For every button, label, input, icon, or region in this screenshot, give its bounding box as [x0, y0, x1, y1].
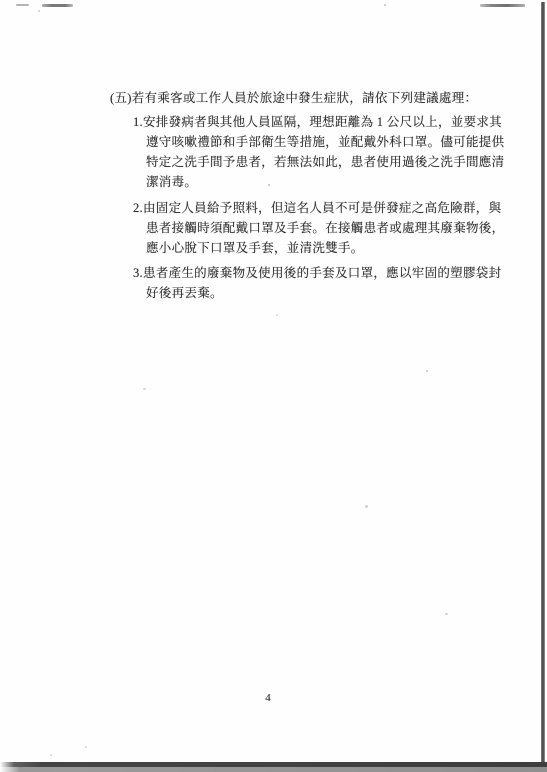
section-heading: (五)若有乘客或工作人員於旅途中發生症狀，請依下列建議處理： — [110, 88, 477, 108]
text-line: 好後再丟棄。 — [146, 283, 501, 303]
scan-speck — [384, 4, 386, 6]
page-edge-shadow-right — [541, 2, 545, 766]
numbered-item-1: 1.安排發病者與其他人員區隔，理想距離為 1 公尺以上，並要求其 遵守咳嗽禮節和… — [133, 112, 504, 192]
scan-speck — [38, 10, 40, 12]
scan-speck — [445, 613, 448, 615]
numbered-item-3: 3.患者產生的廢棄物及使用後的手套及口罩，應以牢固的塑膠袋封 好後再丟棄。 — [133, 263, 501, 303]
scan-speck — [143, 388, 146, 390]
numbered-item-2: 2.由固定人員給予照料，但這名人員不可是併發症之高危險群，與 患者接觸時須配戴口… — [133, 198, 504, 258]
scan-speck — [365, 505, 368, 508]
text-line: 1.安排發病者與其他人員區隔，理想距離為 1 公尺以上，並要求其 — [133, 112, 504, 132]
scan-speck — [426, 370, 428, 372]
page-edge-shadow-bottom-soft — [0, 767, 547, 772]
text-line: 3.患者產生的廢棄物及使用後的手套及口罩，應以牢固的塑膠袋封 — [133, 263, 501, 283]
text-line: 2.由固定人員給予照料，但這名人員不可是併發症之高危險群，與 — [133, 198, 504, 218]
text-line: 應小心脫下口罩及手套，並清洗雙手。 — [146, 238, 504, 258]
scan-smudge — [42, 4, 73, 7]
scan-speck — [85, 746, 87, 748]
text-line: 患者接觸時須配戴口罩及手套。在接觸患者或處理其廢棄物後， — [146, 218, 504, 238]
page-number: 4 — [258, 691, 278, 705]
text-line: 潔消毒。 — [146, 172, 504, 192]
scanned-document-page: (五)若有乘客或工作人員於旅途中發生症狀，請依下列建議處理： 1.安排發病者與其… — [0, 0, 547, 772]
scan-smudge — [480, 4, 525, 7]
scan-smudge — [16, 4, 29, 6]
text-line: 特定之洗手間予患者，若無法如此，患者使用過後之洗手間應清 — [146, 152, 504, 172]
scan-speck — [276, 314, 278, 316]
scan-speck — [50, 754, 52, 756]
text-line: 遵守咳嗽禮節和手部衛生等措施，並配戴外科口罩。儘可能提供 — [146, 132, 504, 152]
